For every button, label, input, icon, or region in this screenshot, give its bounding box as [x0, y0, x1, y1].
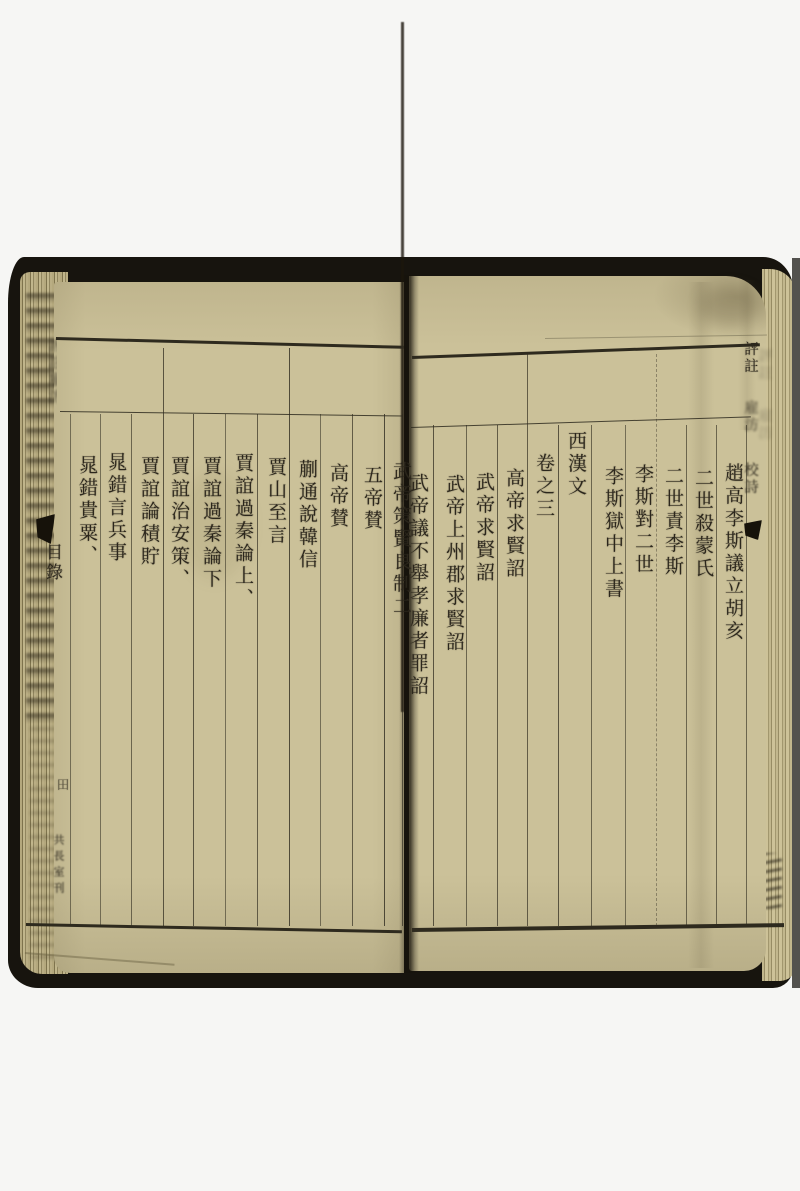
column-rule — [289, 348, 290, 926]
toc-entry: 二世責李斯 — [659, 466, 686, 579]
toc-entry: 李斯獄中上書 — [599, 466, 626, 601]
toc-volume-label: 卷之三 — [530, 453, 557, 521]
toc-entry: 高帝賛 — [324, 463, 351, 531]
column-rule — [558, 425, 559, 926]
toc-entry: 晁錯言兵事 — [102, 452, 129, 565]
spine-title-ghost: 雇汸 — [754, 408, 775, 442]
column-rule — [320, 414, 321, 926]
spine-title-left: 評註雇汸 — [44, 338, 57, 406]
scan-background-strip — [792, 258, 800, 988]
column-rule — [163, 348, 164, 926]
column-rule — [225, 414, 226, 926]
spine-title-left-clipped: 評註雇汸 — [44, 336, 57, 486]
column-rule — [131, 414, 132, 926]
book-scan: 趙高李斯議立胡亥 二世殺蒙氏 二世責李斯 李斯對二世 李斯獄中上書 西漢文 卷之… — [0, 0, 800, 1191]
spine-title-ghost: 評註 — [754, 348, 775, 382]
column-rule — [352, 414, 353, 926]
toc-entry: 賈誼過秦論下 — [197, 456, 224, 591]
column-rule — [656, 354, 657, 926]
paper-stain — [700, 286, 760, 326]
column-rule — [70, 414, 71, 926]
toc-entry: 賈誼論積貯 — [135, 456, 162, 569]
toc-entry: 李斯對二世 — [629, 464, 656, 577]
toc-entry: 賈誼過秦論上、 — [229, 453, 256, 611]
column-rule — [257, 414, 258, 926]
toc-section-label: 西漢文 — [562, 431, 589, 499]
column-rule — [686, 425, 687, 926]
toc-entry: 武帝策賢良制二 — [387, 461, 414, 619]
paper-crease — [688, 282, 714, 968]
column-rule — [716, 425, 717, 926]
column-rule — [527, 354, 528, 926]
toc-entry: 賈誼治安策、 — [165, 456, 192, 591]
toc-entry: 五帝賛 — [358, 465, 385, 533]
toc-entry: 晁錯貴粟、 — [73, 455, 100, 568]
toc-entry: 武帝上州郡求賢詔 — [440, 474, 467, 654]
toc-entry: 蒯通說韓信 — [293, 459, 320, 572]
spine-section-label: 目錄 — [40, 543, 65, 583]
column-rule — [591, 425, 592, 926]
spine-publisher-mark: 共長室刊 — [50, 834, 66, 898]
toc-entry: 賈山至言 — [262, 457, 289, 547]
column-rule — [193, 414, 194, 926]
toc-entry: 武帝求賢詔 — [470, 472, 497, 585]
toc-entry: 高帝求賢詔 — [500, 468, 527, 581]
spine-title-right-smudged: 校詩 — [740, 462, 761, 496]
column-rule — [497, 425, 498, 926]
column-rule — [433, 425, 434, 926]
column-rule — [746, 425, 747, 926]
spine-page-mark: 田 — [53, 778, 71, 793]
toc-entry: 二世殺蒙氏 — [689, 468, 716, 581]
